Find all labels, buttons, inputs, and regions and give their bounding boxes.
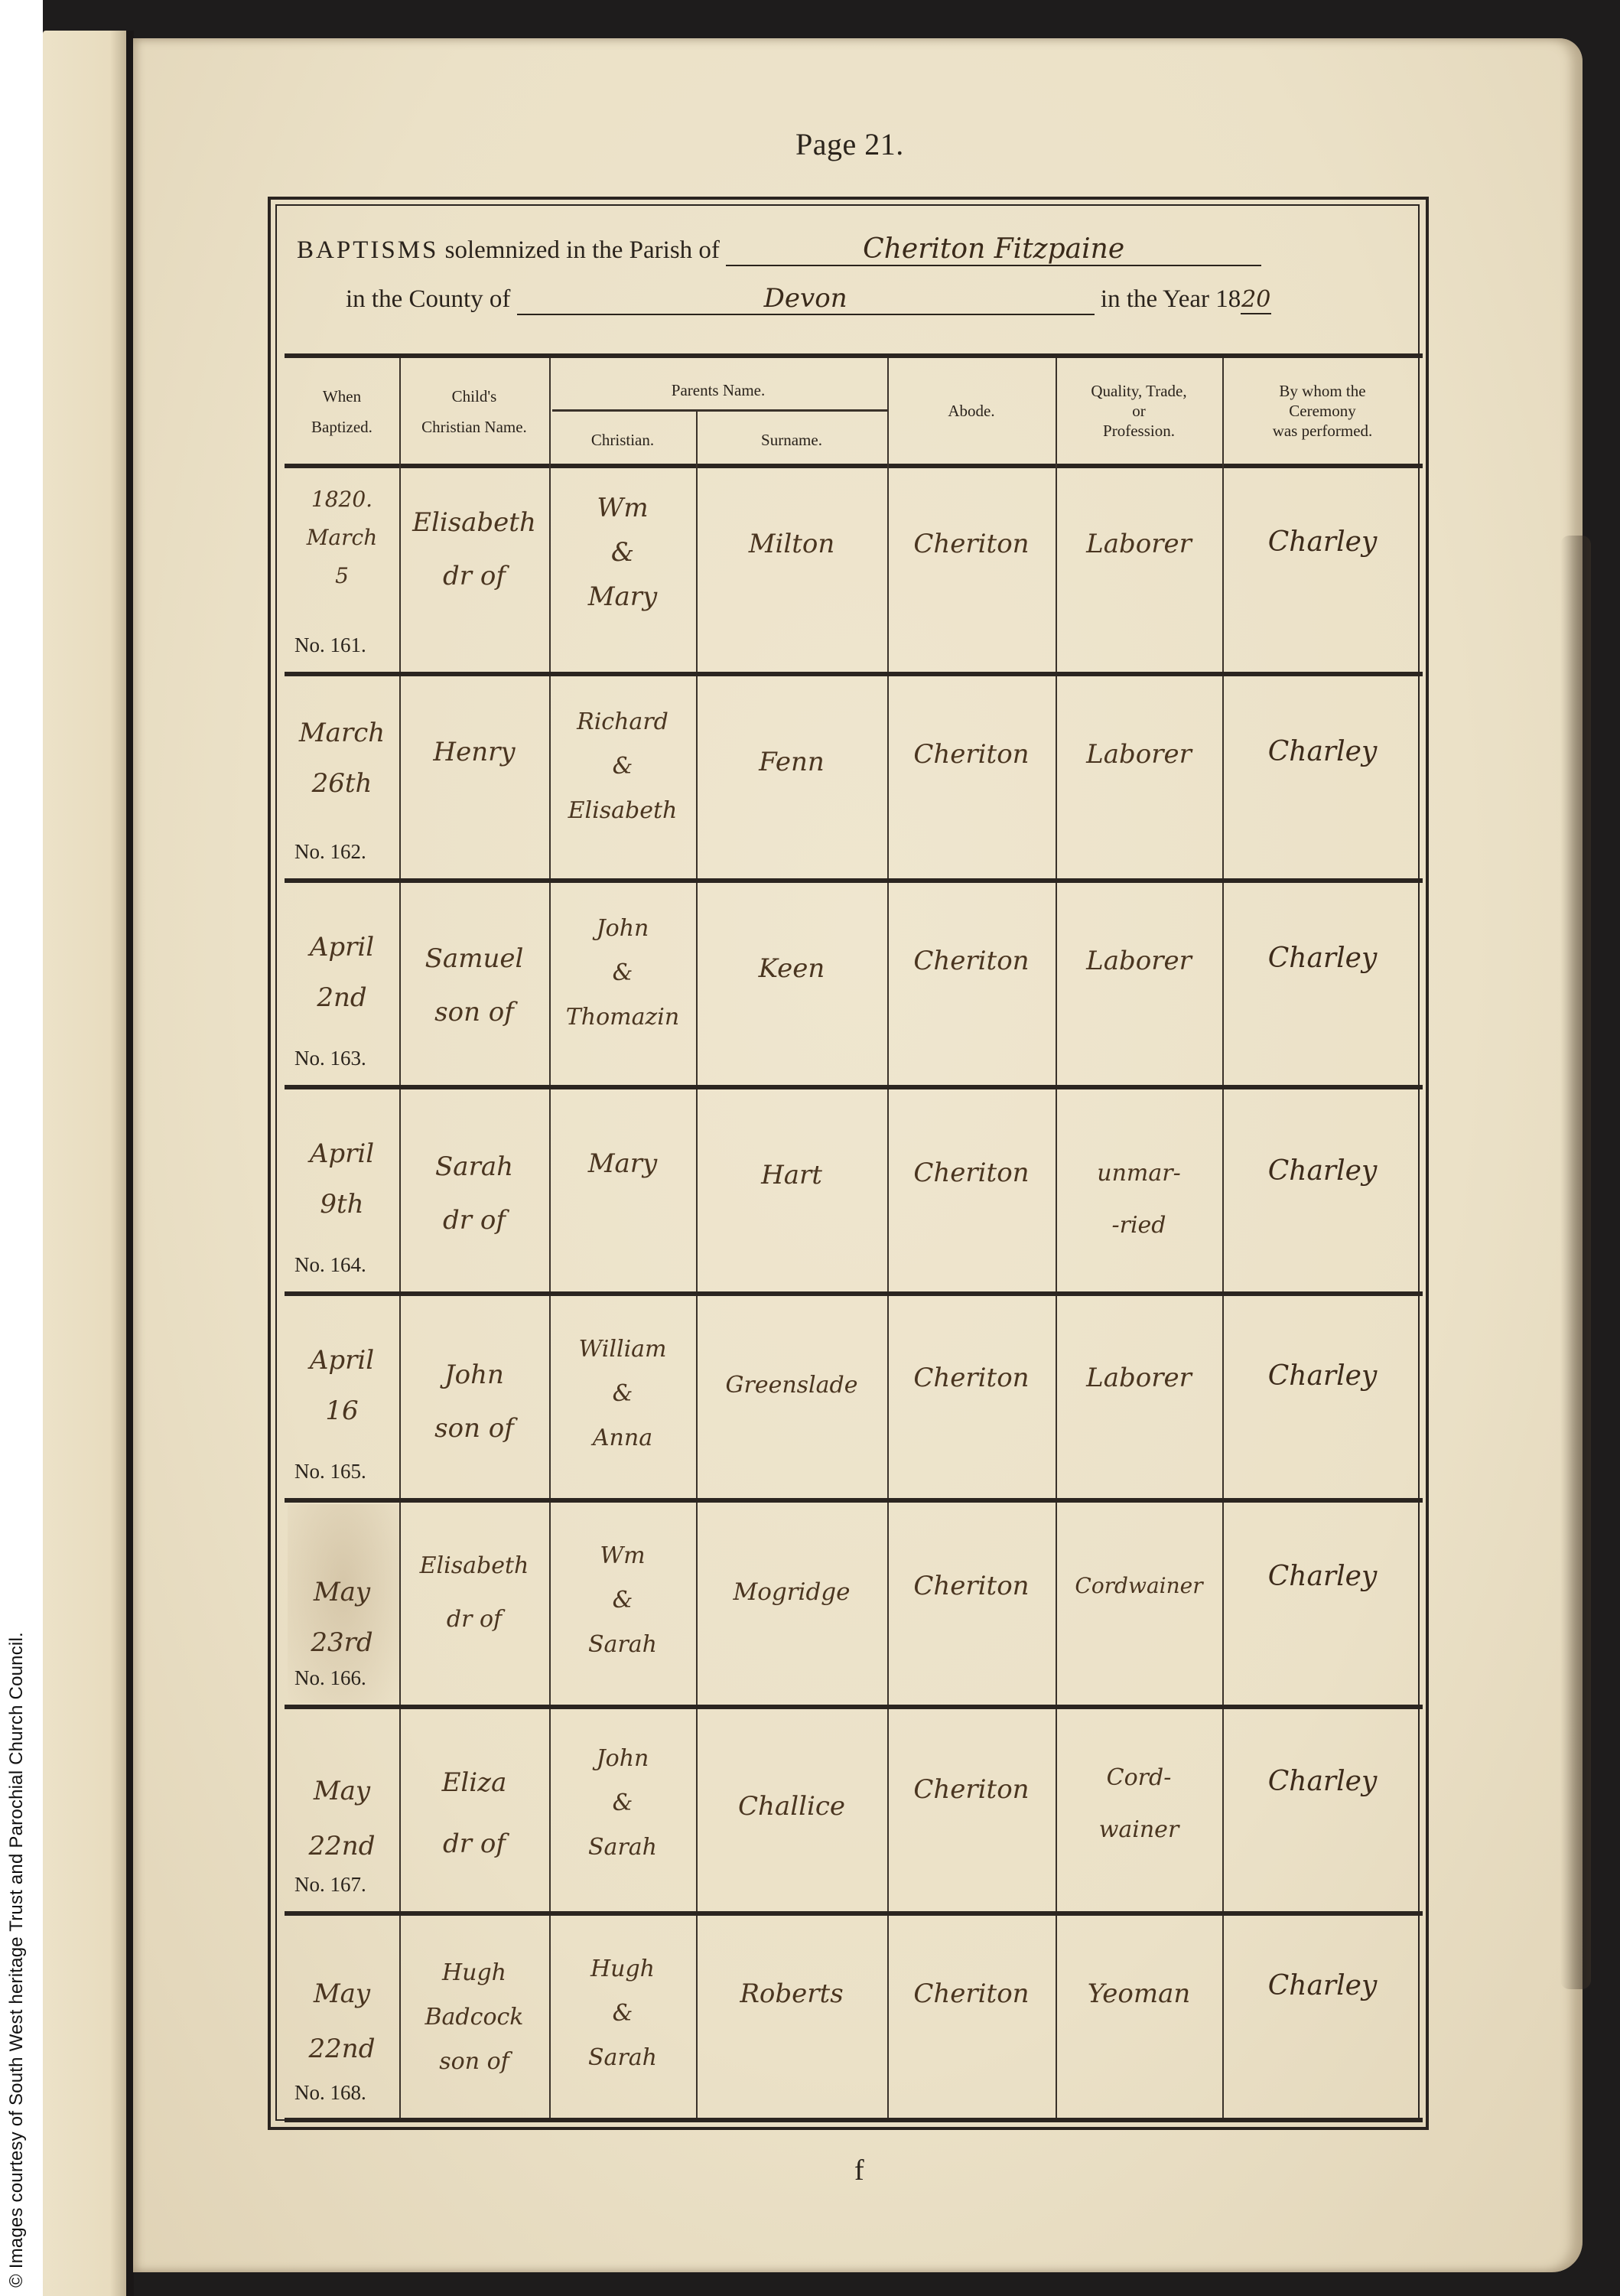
entry-number: No. 168. — [294, 2081, 366, 2105]
cell-abode: Cheriton — [887, 1570, 1056, 1602]
cell-surname: Challice — [696, 1790, 887, 1822]
col-divider-4 — [887, 358, 889, 2118]
cell-officiant: Charley — [1222, 943, 1423, 975]
col-header-abode: Abode. — [887, 401, 1056, 421]
cell-officiant: Charley — [1222, 1766, 1423, 1798]
cell-parents-christian: John & Sarah — [549, 1737, 696, 1870]
cell-date: March 26th — [285, 708, 399, 809]
cell-date: May 23rd — [285, 1567, 399, 1668]
row-rule-6 — [285, 1705, 1423, 1709]
cell-abode: Cheriton — [887, 1773, 1056, 1806]
year-field: 20 — [1241, 286, 1271, 314]
cell-date: 1820. March 5 — [285, 480, 399, 595]
cell-surname: Keen — [696, 953, 887, 985]
cell-parents-christian: Wm & Sarah — [549, 1534, 696, 1667]
cell-quality: unmar- -ried — [1056, 1148, 1222, 1252]
cell-surname: Greenslade — [696, 1369, 887, 1402]
page-number: Page 21. — [795, 126, 904, 162]
cell-officiant: Charley — [1222, 526, 1423, 559]
col-header-quality: Quality, Trade, or Profession. — [1056, 381, 1222, 441]
cell-child: Samuel son of — [399, 932, 549, 1039]
col-header-child: Child's Christian Name. — [399, 386, 549, 437]
cell-parents-christian: John & Thomazin — [549, 907, 696, 1040]
row-rule-1 — [285, 672, 1423, 676]
col-header-officiant: By whom the Ceremony was performed. — [1222, 381, 1423, 441]
year-label: in the Year 18 — [1101, 285, 1241, 313]
county-label: in the County of — [346, 285, 510, 313]
cell-child: Hugh Badcock son of — [399, 1951, 549, 2084]
entry-number: No. 166. — [294, 1666, 366, 1690]
cell-child: John son of — [399, 1348, 549, 1455]
cell-quality: Laborer — [1056, 945, 1222, 977]
page-edge-wear — [1560, 536, 1591, 1989]
county-field: Devon — [517, 283, 1095, 315]
cell-quality: Laborer — [1056, 738, 1222, 770]
cell-abode: Cheriton — [887, 1978, 1056, 2010]
cell-officiant: Charley — [1222, 1360, 1423, 1392]
cell-abode: Cheriton — [887, 1362, 1056, 1394]
cell-parents-christian: William & Anna — [549, 1327, 696, 1461]
cell-abode: Cheriton — [887, 1157, 1056, 1189]
cell-officiant: Charley — [1222, 736, 1423, 768]
cell-surname: Mogridge — [696, 1576, 887, 1608]
col-divider-6 — [1222, 358, 1224, 2118]
entry-number: No. 162. — [294, 840, 366, 864]
row-rule-8 — [285, 2118, 1423, 2122]
sheet-signature-mark: f — [854, 2154, 864, 2187]
cell-officiant: Charley — [1222, 1155, 1423, 1187]
cell-date: April 9th — [285, 1128, 399, 1229]
parents-group-rule — [552, 409, 889, 412]
col-header-parents: Parents Name. — [549, 380, 887, 400]
entry-number: No. 165. — [294, 1460, 366, 1483]
row-rule-7 — [285, 1911, 1423, 1916]
register-title-line-1: BAPTISMS solemnized in the Parish of Che… — [297, 233, 1261, 266]
left-page-edge — [43, 31, 127, 2296]
cell-date: April 2nd — [285, 922, 399, 1023]
entry-number: No. 163. — [294, 1047, 366, 1070]
cell-date: May 22nd — [285, 1764, 399, 1874]
cell-abode: Cheriton — [887, 528, 1056, 560]
header-top-rule — [285, 353, 1423, 358]
cell-surname: Roberts — [696, 1978, 887, 2010]
cell-parents-christian: Wm & Mary — [549, 486, 696, 619]
cell-surname: Fenn — [696, 746, 887, 778]
cell-child: Elisabeth dr of — [399, 1539, 549, 1646]
cell-child: Sarah dr of — [399, 1140, 549, 1247]
col-divider-3 — [696, 412, 698, 2118]
header-bottom-rule — [285, 464, 1423, 468]
register-title-line-2: in the County of Devon in the Year 1820 — [346, 283, 1271, 315]
register-title-text: solemnized in the Parish of — [445, 236, 720, 264]
row-rule-4 — [285, 1291, 1423, 1296]
cell-child: Eliza dr of — [399, 1752, 549, 1874]
cell-quality: Laborer — [1056, 528, 1222, 560]
cell-parents-christian: Richard & Elisabeth — [549, 700, 696, 833]
copyright-notice: © Images courtesy of South West heritage… — [6, 1632, 28, 2288]
cell-date: May 22nd — [285, 1966, 399, 2076]
entry-number: No. 161. — [294, 633, 366, 657]
cell-abode: Cheriton — [887, 738, 1056, 770]
entry-number: No. 164. — [294, 1253, 366, 1277]
row-rule-5 — [285, 1498, 1423, 1503]
cell-quality: Cordwainer — [1056, 1570, 1222, 1602]
col-header-when: When Baptized. — [285, 386, 399, 437]
cell-officiant: Charley — [1222, 1970, 1423, 2002]
cell-surname: Hart — [696, 1159, 887, 1191]
row-rule-2 — [285, 878, 1423, 883]
cell-parents-christian: Mary — [549, 1148, 696, 1180]
cell-child: Elisabeth dr of — [399, 496, 549, 603]
row-rule-3 — [285, 1085, 1423, 1089]
cell-quality: Laborer — [1056, 1362, 1222, 1394]
cell-abode: Cheriton — [887, 945, 1056, 977]
entry-number: No. 167. — [294, 1873, 366, 1897]
cell-quality: Cord- wainer — [1056, 1752, 1222, 1856]
col-header-parents-christian: Christian. — [549, 430, 696, 450]
col-header-parents-surname: Surname. — [696, 430, 887, 450]
cell-officiant: Charley — [1222, 1561, 1423, 1593]
register-title-prefix: BAPTISMS — [297, 236, 438, 264]
cell-date: April 16 — [285, 1335, 399, 1436]
cell-surname: Milton — [696, 528, 887, 560]
parish-field: Cheriton Fitzpaine — [726, 233, 1261, 266]
cell-quality: Yeoman — [1056, 1978, 1222, 2010]
cell-parents-christian: Hugh & Sarah — [549, 1947, 696, 2080]
cell-child: Henry — [399, 736, 549, 768]
